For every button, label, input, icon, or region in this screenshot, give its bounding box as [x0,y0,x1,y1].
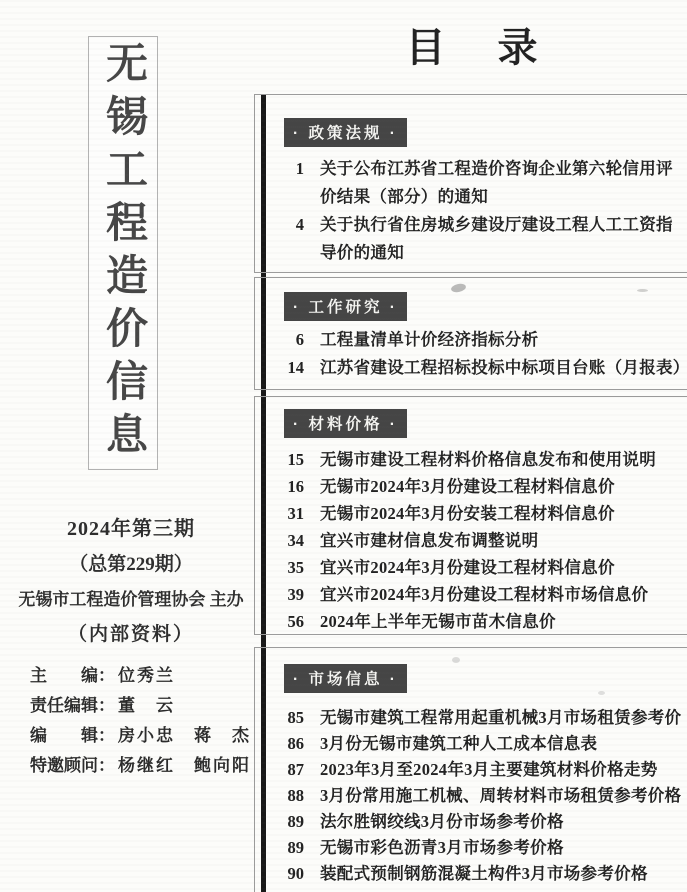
toc-entry-page-number: 39 [284,581,304,608]
toc-entry-title: 2023年3月至2024年3月主要建筑材料价格走势 [320,757,687,783]
toc-entry: 1 关于公布江苏省工程造价咨询企业第六轮信用评价结果（部分）的通知 [284,155,687,211]
toc-entry-title: 关于执行省住房城乡建设厅建设工程人工工资指导价的通知 [320,211,687,267]
toc-entry: 34 宜兴市建材信息发布调整说明 [284,527,687,554]
toc-entry-page-number: 89 [284,809,304,835]
toc-section-policy-regulations: · 政策法规 · 1 关于公布江苏省工程造价咨询企业第六轮信用评价结果（部分）的… [254,94,687,273]
credit-value: 董 云 [118,696,175,715]
credit-label: 责任编辑： [30,696,115,715]
toc-entry: 31 无锡市2024年3月份安装工程材料信息价 [284,500,687,527]
publication-info: 2024年第三期 （总第229期） 无锡市工程造价管理协会 主办 （内部资料） [0,512,262,652]
toc-entry: 39 宜兴市2024年3月份建设工程材料市场信息价 [284,581,687,608]
toc-entry-page-number: 16 [284,473,304,500]
toc-entry-page-number: 31 [284,500,304,527]
toc-entry-page-number: 90 [284,861,304,887]
toc-entry-page-number: 56 [284,608,304,635]
toc-section-material-prices: · 材料价格 · 15 无锡市建设工程材料价格信息发布和使用说明 16 无锡市2… [254,396,687,635]
toc-entry-page-number: 88 [284,783,304,809]
toc-entry-page-number: 87 [284,757,304,783]
toc-entry-title: 宜兴市建材信息发布调整说明 [320,527,687,554]
section-badge: · 政策法规 · [284,118,407,147]
magazine-title-box: 无锡工程造价信息 [88,36,158,470]
credit-row-chief-editor: 主 编：位秀兰 [30,661,251,691]
toc-entry-title: 3月份常用施工机械、周转材料市场租赁参考价格 [320,783,687,809]
toc-entry-title: 无锡市彩色沥青3月市场参考价格 [320,835,687,861]
credit-label: 特邀顾问： [30,756,115,775]
magazine-vertical-title: 无锡工程造价信息 [93,41,153,465]
toc-entry-title: 法尔胜钢绞线3月份市场参考价格 [320,809,687,835]
toc-entry: 88 3月份常用施工机械、周转材料市场租赁参考价格 [284,783,687,809]
credit-value: 杨继红 鲍向阳 [118,756,251,775]
toc-entry-title: 无锡市2024年3月份安装工程材料信息价 [320,500,687,527]
section-item-list: 1 关于公布江苏省工程造价咨询企业第六轮信用评价结果（部分）的通知 4 关于执行… [284,155,687,267]
toc-entry: 14 江苏省建设工程招标投标中标项目台账（月报表） [284,354,687,382]
section-item-list: 15 无锡市建设工程材料价格信息发布和使用说明 16 无锡市2024年3月份建设… [284,446,687,635]
toc-entry: 89 无锡市彩色沥青3月市场参考价格 [284,835,687,861]
section-badge: · 材料价格 · [284,409,407,438]
toc-entry: 4 关于执行省住房城乡建设厅建设工程人工工资指导价的通知 [284,211,687,267]
credit-label: 编 辑： [30,726,115,745]
toc-entry-page-number: 34 [284,527,304,554]
toc-entry-page-number: 4 [284,211,304,267]
toc-heading: 目 录 [262,16,687,73]
toc-entry: 15 无锡市建设工程材料价格信息发布和使用说明 [284,446,687,473]
toc-entry-page-number: 6 [284,326,304,354]
section-item-list: 85 无锡市建筑工程常用起重机械3月市场租赁参考价 86 3月份无锡市建筑工种人… [284,705,687,887]
toc-entry: 87 2023年3月至2024年3月主要建筑材料价格走势 [284,757,687,783]
toc-entry: 35 宜兴市2024年3月份建设工程材料信息价 [284,554,687,581]
section-item-list: 6 工程量清单计价经济指标分析 14 江苏省建设工程招标投标中标项目台账（月报表… [284,326,687,382]
credit-label: 主 编： [30,666,115,685]
toc-entry: 86 3月份无锡市建筑工种人工成本信息表 [284,731,687,757]
toc-entry-page-number: 85 [284,705,304,731]
credit-row-special-advisors: 特邀顾问：杨继红 鲍向阳 [30,751,251,781]
toc-section-market-information: · 市场信息 · 85 无锡市建筑工程常用起重机械3月市场租赁参考价 86 3月… [254,647,687,892]
section-badge: · 市场信息 · [284,664,407,693]
cumulative-issue-number: （总第229期） [0,547,262,582]
toc-entry-page-number: 89 [284,835,304,861]
toc-section-work-research: · 工作研究 · 6 工程量清单计价经济指标分析 14 江苏省建设工程招标投标中… [254,277,687,390]
toc-entry-title: 装配式预制钢筋混凝土构件3月市场参考价格 [320,861,687,887]
credit-value: 房小忠 蒋 杰 [118,726,251,745]
toc-entry: 6 工程量清单计价经济指标分析 [284,326,687,354]
toc-entry-title: 无锡市2024年3月份建设工程材料信息价 [320,473,687,500]
toc-entry-title: 工程量清单计价经济指标分析 [320,326,687,354]
toc-entry-title: 无锡市建筑工程常用起重机械3月市场租赁参考价 [320,705,687,731]
toc-entry-page-number: 35 [284,554,304,581]
toc-page: 无锡工程造价信息 2024年第三期 （总第229期） 无锡市工程造价管理协会 主… [0,0,687,892]
toc-entry-title: 无锡市建设工程材料价格信息发布和使用说明 [320,446,687,473]
toc-entry-title: 3月份无锡市建筑工种人工成本信息表 [320,731,687,757]
credit-row-managing-editor: 责任编辑：董 云 [30,691,251,721]
toc-entry: 85 无锡市建筑工程常用起重机械3月市场租赁参考价 [284,705,687,731]
toc-entry: 16 无锡市2024年3月份建设工程材料信息价 [284,473,687,500]
toc-entry-title: 宜兴市2024年3月份建设工程材料信息价 [320,554,687,581]
toc-entry: 56 2024年上半年无锡市苗木信息价 [284,608,687,635]
toc-entry: 89 法尔胜钢绞线3月份市场参考价格 [284,809,687,835]
toc-entry-page-number: 1 [284,155,304,211]
toc-entry-title: 关于公布江苏省工程造价咨询企业第六轮信用评价结果（部分）的通知 [320,155,687,211]
organizer-line: 无锡市工程造价管理协会 主办 [0,582,262,617]
toc-entry-title: 宜兴市2024年3月份建设工程材料市场信息价 [320,581,687,608]
toc-entry-title: 江苏省建设工程招标投标中标项目台账（月报表） [320,354,687,382]
toc-entry-page-number: 14 [284,354,304,382]
toc-entry-page-number: 86 [284,731,304,757]
toc-entry: 90 装配式预制钢筋混凝土构件3月市场参考价格 [284,861,687,887]
credit-value: 位秀兰 [118,666,175,685]
issue-number: 2024年第三期 [0,512,262,547]
section-badge: · 工作研究 · [284,292,407,321]
toc-entry-page-number: 15 [284,446,304,473]
editorial-credits: 主 编：位秀兰 责任编辑：董 云 编 辑：房小忠 蒋 杰 特邀顾问：杨继红 鲍向… [30,661,251,781]
credit-row-editors: 编 辑：房小忠 蒋 杰 [30,721,251,751]
internal-material-note: （内部资料） [0,617,262,652]
toc-entry-title: 2024年上半年无锡市苗木信息价 [320,608,687,635]
